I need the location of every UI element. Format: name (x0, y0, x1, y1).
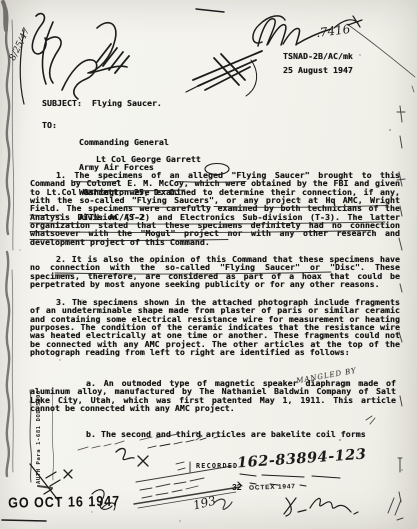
topleft-scribble (20, 14, 129, 104)
handwritten-routing-number: .7416 (315, 22, 351, 40)
received-date-stamp: OCTEX 1947 (249, 483, 296, 492)
pencil-diagonal-line (347, 24, 415, 77)
received-number: 32 (232, 482, 241, 492)
page-mark: 193 (192, 493, 218, 512)
reference-number: TSNAD-2B/AC/mk (283, 52, 353, 60)
paragraph-1: 1. The specimens of an alleged "Flying S… (30, 171, 400, 246)
paragraph-b: b. The second and third articles are bak… (30, 430, 396, 438)
auth-declass-stamp: AUTH Para 1-681 DOD 5200 (36, 388, 42, 484)
top-dash-mark (196, 9, 224, 12)
handwritten-date: 8/25/47 (8, 27, 32, 63)
to-label: TO: (42, 121, 57, 129)
attention-line: Lt Col George Garrett (96, 155, 201, 163)
subject-value: Flying Saucer. (92, 99, 162, 107)
file-number: 162-83894-123 (237, 446, 367, 472)
bottomright-scribbles (284, 498, 358, 516)
security-stamp-scribble (134, 466, 240, 509)
subject-label: SUBJECT: (42, 99, 82, 107)
scan-edge-smudge (3, 2, 9, 476)
center-crossout-scribble (186, 51, 262, 96)
recorded-stamp: RECORDED (196, 462, 238, 470)
address-line: Commanding General (79, 138, 179, 146)
paragraph-3: 3. The specimens shown in the attached p… (30, 298, 400, 356)
document-page: TSNAD-2B/AC/mk 25 August 1947 .7416 8/25… (0, 0, 417, 529)
paragraph-2: 2. It is also the opinion of this Comman… (30, 255, 400, 288)
paragraph-a: a. An outmoded type of magnetic speaker … (30, 379, 396, 412)
date-stamp-left: GO OCT 16 1947 (8, 493, 120, 511)
document-date: 25 August 1947 (283, 66, 353, 74)
